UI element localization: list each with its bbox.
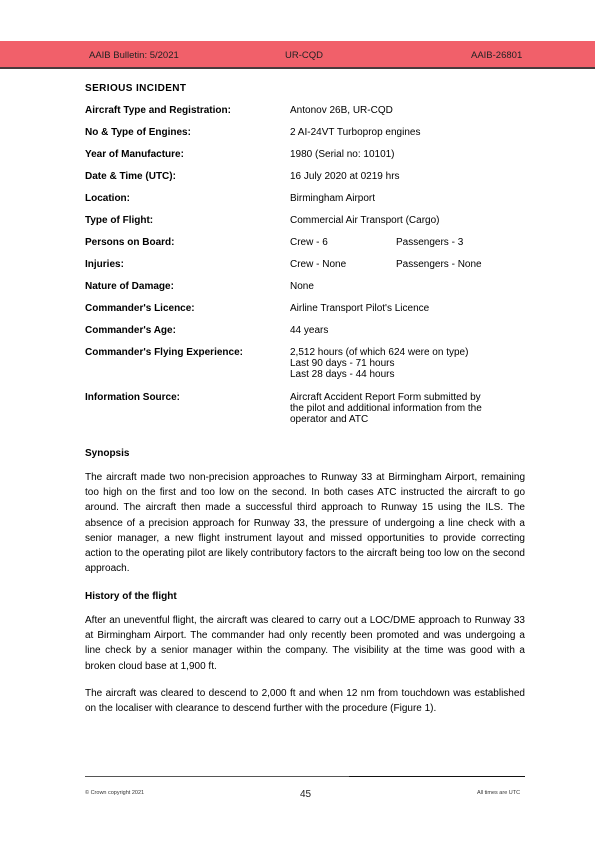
fact-label: Commander's Licence: [85,303,290,314]
page-number: 45 [300,789,311,800]
fact-row: Aircraft Type and Registration: Antonov … [85,105,525,116]
fact-label: Type of Flight: [85,215,290,226]
fact-value: 2,512 hours (of which 624 were on type) … [290,347,525,380]
fact-row: No & Type of Engines: 2 AI-24VT Turbopro… [85,127,525,138]
header-band: AAIB Bulletin: 5/2021 UR-CQD AAIB-26801 [0,41,595,69]
section-title: SERIOUS INCIDENT [85,83,186,94]
facts-table: Aircraft Type and Registration: Antonov … [85,105,525,437]
fact-label: Injuries: [85,259,290,270]
fact-label: Commander's Flying Experience: [85,347,290,380]
history-paragraph: The aircraft was cleared to descend to 2… [85,686,525,716]
synopsis-heading: Synopsis [85,448,129,459]
fact-row: Commander's Age: 44 years [85,325,525,336]
aircraft-registration: UR-CQD [285,50,323,61]
history-heading: History of the flight [85,591,177,602]
fact-row: Persons on Board: Crew - 6Passengers - 3 [85,237,525,248]
fact-row: Nature of Damage: None [85,281,525,292]
passenger-injuries: Passengers - None [396,259,482,270]
fact-value: None [290,281,525,292]
report-reference: AAIB-26801 [471,50,522,61]
info-source-line: the pilot and additional information fro… [290,403,525,414]
fact-row: Date & Time (UTC): 16 July 2020 at 0219 … [85,171,525,182]
crew-injuries: Crew - None [290,259,396,270]
passenger-count: Passengers - 3 [396,237,463,248]
fact-value: Birmingham Airport [290,193,525,204]
info-source-line: operator and ATC [290,414,525,425]
fact-label: Commander's Age: [85,325,290,336]
copyright-notice: © Crown copyright 2021 [85,790,144,796]
fact-row: Information Source: Aircraft Accident Re… [85,392,525,425]
fact-row: Commander's Flying Experience: 2,512 hou… [85,347,525,380]
fact-value: 44 years [290,325,525,336]
fact-row: Location: Birmingham Airport [85,193,525,204]
fact-label: Aircraft Type and Registration: [85,105,290,116]
crew-count: Crew - 6 [290,237,396,248]
synopsis-paragraph: The aircraft made two non-precision appr… [85,470,525,576]
fact-value: Commercial Air Transport (Cargo) [290,215,525,226]
time-zone-note: All times are UTC [477,790,520,796]
fact-label: Nature of Damage: [85,281,290,292]
fact-value: 16 July 2020 at 0219 hrs [290,171,525,182]
fact-value: Aircraft Accident Report Form submitted … [290,392,525,425]
fact-label: Persons on Board: [85,237,290,248]
bulletin-number: AAIB Bulletin: 5/2021 [89,50,179,61]
fact-row: Type of Flight: Commercial Air Transport… [85,215,525,226]
fact-value: Crew - 6Passengers - 3 [290,237,525,248]
footer-divider [85,776,525,777]
fact-value: Crew - NonePassengers - None [290,259,525,270]
fact-value: Antonov 26B, UR-CQD [290,105,525,116]
fact-row: Commander's Licence: Airline Transport P… [85,303,525,314]
experience-90-days: Last 90 days - 71 hours [290,358,525,369]
fact-row: Year of Manufacture: 1980 (Serial no: 10… [85,149,525,160]
fact-value: 1980 (Serial no: 10101) [290,149,525,160]
history-paragraph: After an uneventful flight, the aircraft… [85,613,525,674]
fact-label: Year of Manufacture: [85,149,290,160]
fact-label: Information Source: [85,392,290,425]
fact-value: 2 AI-24VT Turboprop engines [290,127,525,138]
fact-label: No & Type of Engines: [85,127,290,138]
fact-label: Location: [85,193,290,204]
info-source-line: Aircraft Accident Report Form submitted … [290,392,525,403]
fact-label: Date & Time (UTC): [85,171,290,182]
fact-value: Airline Transport Pilot's Licence [290,303,525,314]
fact-row: Injuries: Crew - NonePassengers - None [85,259,525,270]
experience-total: 2,512 hours (of which 624 were on type) [290,347,525,358]
experience-28-days: Last 28 days - 44 hours [290,369,525,380]
